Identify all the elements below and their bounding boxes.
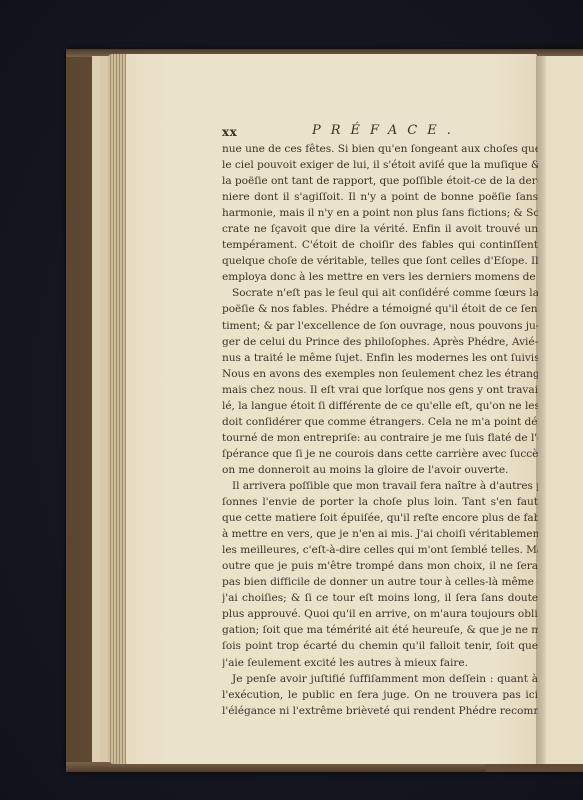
text-line: plus approuvé. Quoi qu'il en arrive, on … (222, 606, 538, 622)
text-line: ſois point trop écarté du chemin qu'il f… (222, 638, 538, 654)
text-line: quelque choſe de véritable, telles que ſ… (222, 253, 538, 269)
text-line: la poëſie ont tant de rapport, que poſſi… (222, 173, 538, 189)
text-line: outre que je puis m'être trompé dans mon… (222, 558, 538, 574)
text-line: l'élégance ni l'extrême brièveté qui ren… (222, 703, 538, 719)
text-line: poëſie & nos fables. Phédre a témoigné q… (222, 301, 538, 317)
text-line: employa donc à les mettre en vers les de… (222, 269, 538, 285)
text-line: ger de celui du Prince des philoſophes. … (222, 334, 538, 350)
text-line: le ciel pouvoit exiger de lui, il s'étoi… (222, 157, 538, 173)
text-line: gation; ſoit que ma témérité ait été heu… (222, 622, 538, 638)
text-line: mais chez nous. Il eſt vrai que lorſque … (222, 382, 538, 398)
page-header: xx PRÉFACE. (222, 124, 538, 140)
text-line: les meilleures, c'eſt-à-dire celles qui … (222, 542, 538, 558)
text-line: lé, la langue étoit ſi différente de ce … (222, 398, 538, 414)
text-line: à mettre en vers, que je n'en ai mis. J'… (222, 526, 538, 542)
text-line: doit conſidérer que comme étrangers. Cel… (222, 414, 538, 430)
text-line: ſonnes l'envie de porter la choſe plus l… (222, 494, 538, 510)
text-line: nue une de ces fêtes. Si bien qu'en ſong… (222, 141, 538, 157)
text-line: tempérament. C'étoit de choiſir des fabl… (222, 237, 538, 253)
text-line: j'ai choiſies; & ſi ce tour eſt moins lo… (222, 590, 538, 606)
text-line: j'aie ſeulement excité les autres à mieu… (222, 655, 538, 671)
text-line: nus a traité le même ſujet. Enfin les mo… (222, 350, 538, 366)
text-line: l'exécution, le public en ſera juge. On … (222, 687, 538, 703)
text-line: Socrate n'eſt pas le ſeul qui ait conſid… (222, 285, 538, 301)
page-text-block: xx PRÉFACE. nue une de ces fêtes. Si bie… (222, 124, 538, 719)
text-line: harmonie, mais il n'y en a point non plu… (222, 205, 538, 221)
text-line: ſpérance que ſi je ne courois dans cette… (222, 446, 538, 462)
page-number: xx (222, 124, 237, 140)
text-line: pas bien difficile de donner un autre to… (222, 574, 538, 590)
running-head: PRÉFACE. (312, 123, 461, 139)
text-line: timent; & par l'excellence de ſon ouvrag… (222, 318, 538, 334)
text-line: Nous en avons des exemples non ſeulement… (222, 366, 538, 382)
body-text: nue une de ces fêtes. Si bien qu'en ſong… (222, 141, 538, 719)
page-stack-edges (108, 54, 128, 764)
text-line: on me donneroit au moins la gloire de l'… (222, 462, 538, 478)
text-line: niere dont il s'agiſſoit. Il n'y a point… (222, 189, 538, 205)
text-line: Il arrivera poſſible que mon travail fer… (222, 478, 538, 494)
text-line: tourné de mon entrepriſe: au contraire j… (222, 430, 538, 446)
text-line: que cette matiere ſoit épuiſée, qu'il re… (222, 510, 538, 526)
text-line: crate ne ſçavoit que dire la vérité. Enf… (222, 221, 538, 237)
text-line: Je penſe avoir juſtifié ſuffiſamment mon… (222, 671, 538, 687)
facing-page-edge (546, 56, 583, 764)
